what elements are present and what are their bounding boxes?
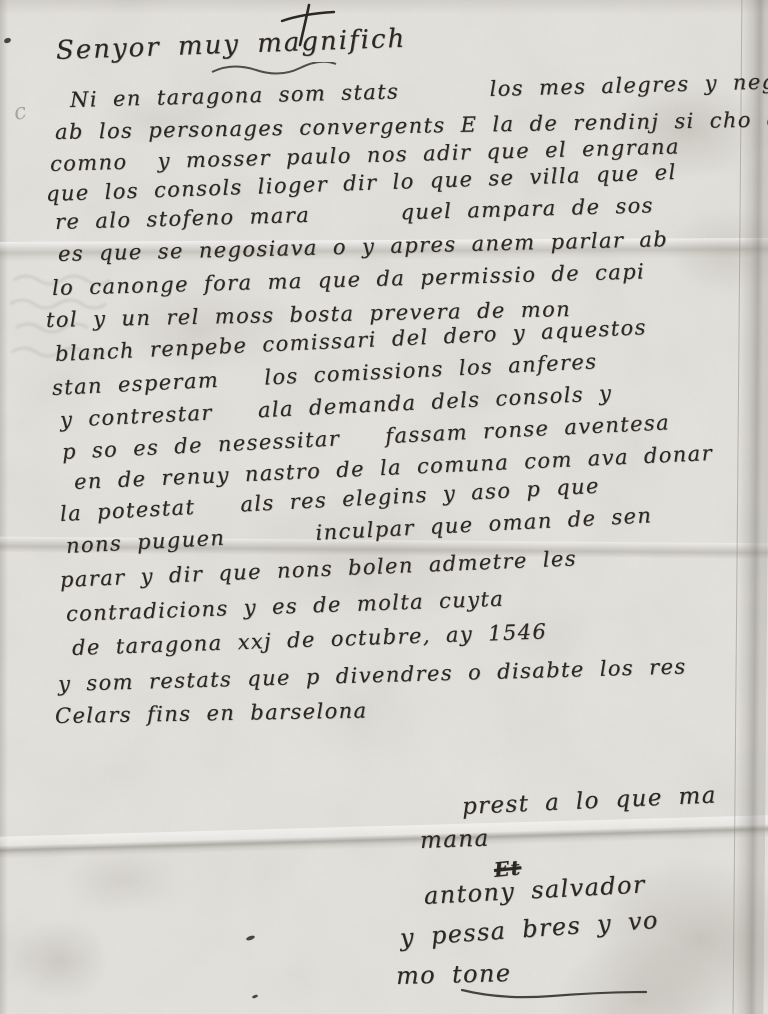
manuscript-scan: c Senyor muy magnifich Ni en taragona so…	[0, 0, 768, 1014]
signature-line: mo tone	[396, 959, 512, 990]
closing-line: mana	[420, 826, 491, 854]
